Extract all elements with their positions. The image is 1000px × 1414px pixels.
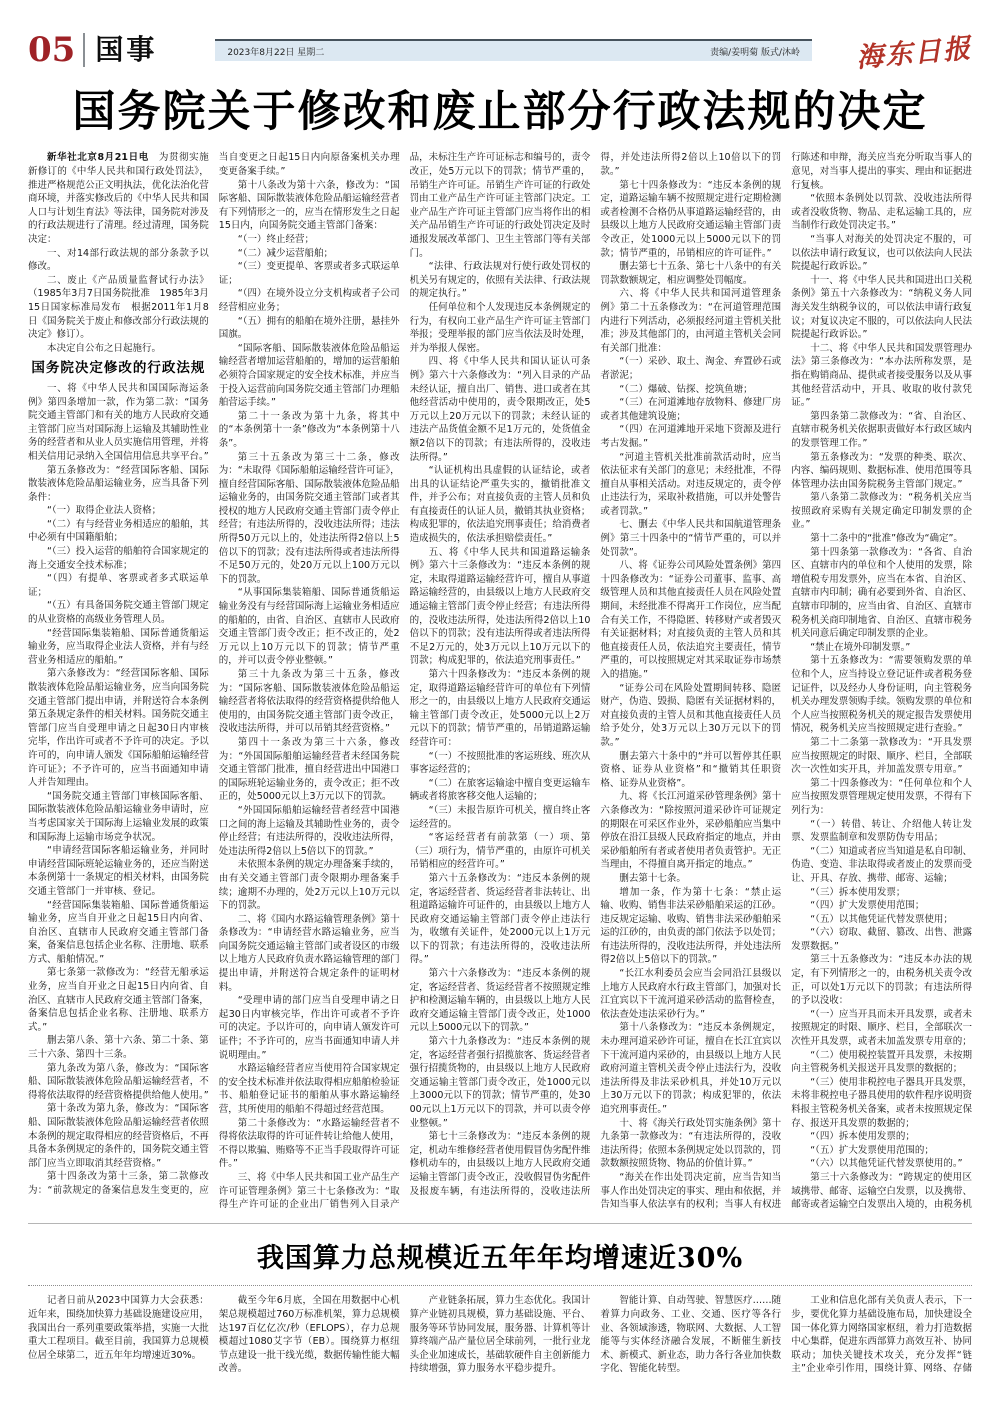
paragraph: 删去第七十五条、第七十八条中的有关罚款数额规定，相应调整处罚幅度。: [600, 260, 781, 287]
dotted-divider-line: [28, 1285, 972, 1286]
paragraph: “经营国际集装箱船、国际普通货船运输业务，应当取得企业法人资格，并有与经营业务相…: [28, 627, 209, 668]
paragraph: “禁止在境外印制发票。”: [791, 641, 972, 655]
paragraph: “法律、行政法规对行使行政处罚权的机关另有规定的，依照有关法律、行政法规的规定执…: [410, 260, 591, 301]
paragraph: 本决定自公布之日起施行。: [28, 342, 209, 356]
paragraph: 第四十一条改为第三十六条，修改为：“外国国际船舶运输经营者未经国务院交通主管部门…: [219, 736, 400, 804]
paragraph: 九、将《长江河道采砂管理条例》第十六条修改为：“除按照河道采砂许可证规定的期限在…: [600, 790, 781, 872]
paragraph: 第十八条改为第十六条，修改为：“国际客船、国际散装液体危险品船运输经营者有下列情…: [219, 179, 400, 233]
paragraph: 第七十四条修改为：“违反本条例的规定，道路运输车辆不按照规定进行定期检测或者检测…: [600, 179, 781, 261]
paragraph: “申请经营国际客船运输业务，并同时申请经营国际班轮运输业务的，还应当附送本条例第…: [28, 844, 209, 898]
paragraph: 一、对14部行政法规的部分条款予以修改。: [28, 247, 209, 274]
paragraph: 六、将《中华人民共和国河道管理条例》第二十五条修改为：“在河道管理范围内进行下列…: [600, 287, 781, 355]
paragraph: “当事人对海关的处罚决定不服的，可以依法申请行政复议，也可以依法向人民法院提起行…: [791, 233, 972, 274]
paragraph: “（四）有提单、客票或者多式联运单证；: [28, 572, 209, 599]
paragraph: 七、删去《中华人民共和国航道管理条例》第三十四条中的“情节严重的，可以并处罚款”…: [600, 518, 781, 559]
paragraph: 四、将《中华人民共和国认证认可条例》第六十六条修改为：“列入目录的产品未经认证，…: [410, 355, 591, 464]
newspaper-page: 05 国事 2023年8月22日 星期二 责编/姜明菊 版式/沐岭 海东日报 国…: [0, 0, 1000, 1414]
paragraph: “（一）转借、转让、介绍他人转让发票、发票监制章和发票防伪专用品；: [791, 818, 972, 845]
paragraph: 第二十四条修改为：“任何单位和个人应当按照发票管理规定使用发票，不得有下列行为：: [791, 777, 972, 818]
paragraph: 第二十二条第一款修改为：“开具发票应当按照规定的时限、顺序、栏目，全部联次一次性…: [791, 736, 972, 777]
paragraph: 一、将《中华人民共和国国际海运条例》第四条增加一款，作为第二款：“国务院交通主管…: [28, 382, 209, 464]
paragraph: 工业和信息化部有关负责人表示，下一步，要优化算力基础设施布局，加快建设全国一体化…: [791, 1294, 972, 1380]
paragraph: 第二十一条改为第十九条，将其中的“本条例第十一条”修改为“本条例第十八条”。: [219, 410, 400, 451]
paragraph: 第七条第一款修改为：“经营无船承运业务，应当自开业之日起15日内向省、自治区、直…: [28, 966, 209, 1034]
paragraph: “从事国际集装箱船、国际普通货船运输业务没有与经营国际海上运输业务相适应的船舶的…: [219, 586, 400, 668]
paragraph: “（四）在河道滩地开采地下资源及进行考古发掘。”: [600, 423, 781, 450]
paragraph: “（三）变更提单、客票或者多式联运单证；: [219, 260, 400, 287]
paragraph: 十二、将《中华人民共和国发票管理办法》第三条修改为：“本办法所称发票，是指在购销…: [791, 342, 972, 410]
paragraph: 第六十九条修改为：“违反本条例的规定，客运经营者强行招揽旅客、货运经营者强行招揽…: [410, 1035, 591, 1130]
main-article-body: 新华社北京8月21日电 为贯彻实施新修订的《中华人民共和国行政处罚法》，推进严格…: [28, 151, 972, 1215]
paragraph: 第十二条中的“批准”修改为“确定”。: [791, 532, 972, 546]
paragraph: “依照本条例处以罚款、没收违法所得或者没收货物、物品、走私运输工具的，应当制作行…: [791, 192, 972, 233]
paragraph: 第六十五条修改为：“违反本条例的规定，客运经营者、货运经营者非法转让、出租道路运…: [410, 872, 591, 967]
paragraph: “外国国际船舶运输经营者经营中国港口之间的海上运输及其辅助性业务的，责令停止经营…: [219, 804, 400, 858]
page-header: 05 国事 2023年8月22日 星期二 责编/姜明菊 版式/沐岭 海东日报: [28, 28, 972, 72]
paragraph: “（六）以其他凭证代替发票使用的。”: [791, 1157, 972, 1171]
paragraph: 增加一条，作为第十七条：“禁止运输、收购、销售非法采砂船舶采运的江砂。违反规定运…: [600, 886, 781, 968]
paragraph: 第十四条第一款修改为：“各省、自治区、直辖市内的单位和个人使用的发票，除增值税专…: [791, 546, 972, 641]
paragraph: “（三）未报告原许可机关，擅自终止客运经营的。: [410, 804, 591, 831]
paragraph: 十一、将《中华人民共和国进出口关税条例》第五十六条修改为：“纳税义务人同海关发生…: [791, 274, 972, 342]
paragraph: 第十八条修改为：“违反本条例规定，未办理河道采砂许可证，擅自在长江宜宾以下干流河…: [600, 1021, 781, 1116]
paragraph: “（二）在旅客运输途中擅自变更运输车辆或者将旅客移交他人运输的；: [410, 777, 591, 804]
paragraph: 五、将《中华人民共和国道路运输条例》第六十三条修改为：“违反本条例的规定，未取得…: [410, 546, 591, 668]
paragraph: 第五条修改为：“经营国际客船、国际散装液体危险品船运输业务，应当具备下列条件：: [28, 464, 209, 505]
paragraph: 记者日前从2023中国算力大会获悉：近年来，围绕加快算力基础设施建设应用，我国出…: [28, 1294, 209, 1362]
paragraph: 第六十六条修改为：“违反本条例的规定，客运经营者、货运经营者不按照规定维护和检测…: [410, 967, 591, 1035]
paragraph: 二、废止《产品质量监督试行办法》（1985年3月7日国务院批准 1985年3月1…: [28, 274, 209, 342]
paragraph: 第六十四条修改为：“违反本条例的规定，取得道路运输经营许可的单位有下列情形之一的…: [410, 668, 591, 750]
header-divider: [83, 33, 85, 67]
paragraph: 产业链条拓展，算力生态优化。我国计算产业链初具规模，算力基础设施、平台、服务等环…: [410, 1294, 591, 1376]
paragraph: 第三十五条改为第三十二条，修改为：“未取得《国际船舶运输经营许可证》，擅自经营国…: [219, 451, 400, 587]
paragraph: “（二）使用税控装置开具发票，未按期向主管税务机关报送开具发票的数据的；: [791, 1049, 972, 1076]
paragraph: “（五）拥有的船舶在境外注册，悬挂外国旗。: [219, 315, 400, 342]
masthead-logo: 海东日报: [855, 26, 974, 75]
editors-text: 责编/姜明菊 版式/沐岭: [710, 45, 800, 58]
paragraph: “认证机构出具虚假的认证结论，或者出具的认证结论严重失实的，撤销批准文件，并予公…: [410, 464, 591, 546]
paragraph: 第五条修改为：“发票的种类、联次、内容、编码规则、数据标准、使用范围等具体管理办…: [791, 451, 972, 492]
paragraph: 未依照本条例的规定办理备案手续的，由有关交通主管部门责令限期办理备案手续；逾期不…: [219, 858, 400, 912]
paragraph: “（一）采砂、取土、淘金、弃置砂石或者淤泥；: [600, 355, 781, 382]
paragraph: “（三）拆本使用发票；: [791, 886, 972, 900]
paragraph: 第三十九条改为第三十五条，修改为：“国际客船、国际散装液体危险品船运输经营者将依…: [219, 668, 400, 736]
paragraph: “（五）有具备国务院交通主管部门规定的从业资格的高级业务管理人员。: [28, 599, 209, 626]
paragraph: 八、将《证券公司风险处置条例》第四十四条修改为：“证券公司董事、监事、高级管理人…: [600, 559, 781, 681]
paragraph: 十、将《海关行政处罚实施条例》第十九条第一款修改为：“有违法所得的，没收违法所得…: [600, 1117, 781, 1171]
paragraph: “（一）不按照批准的客运班线、班次从事客运经营的；: [410, 750, 591, 777]
dateline: 新华社北京8月21日电: [47, 152, 149, 163]
paragraph: 智能计算、自动驾驶、智慧医疗……随着算力向政务、工业、交通、医疗等各行业、各领域…: [600, 1294, 781, 1376]
paragraph: 删去第六十条中的“并可以暂停其任职资格、证券从业资格”和“撤销其任职资格、证券从…: [600, 750, 781, 791]
paragraph: 第六条修改为：“经营国际客船、国际散装液体危险品船运输业务，应当向国务院交通主管…: [28, 667, 209, 789]
lead-text: 为贯彻实施新修订的《中华人民共和国行政处罚法》，推进严格规范公正文明执法，优化法…: [28, 152, 209, 245]
main-headline: 国务院关于修改和废止部分行政法规的决定: [28, 88, 972, 137]
paragraph: “（二）减少运营船舶；: [219, 247, 400, 261]
paragraph: “（二）爆破、钻探、挖筑鱼塘；: [600, 383, 781, 397]
paragraph: “证券公司在风险处置期间转移、隐匿财产，伪造、毁损、隐匿有关证据材料的，对直接负…: [600, 682, 781, 750]
paragraph: “长江水利委员会应当会同沿江县级以上地方人民政府水行政主管部门，加强对长江宜宾以…: [600, 967, 781, 1021]
paragraph: 第十五条修改为：“需要领购发票的单位和个人，应当持设立登记证件或者税务登记证件，…: [791, 654, 972, 736]
second-article-headline: 我国算力总规模近五年年均增速近30%: [28, 1236, 972, 1275]
paragraph: 截至今年6月底，全国在用数据中心机架总规模超过760万标准机架，算力总规模达19…: [219, 1294, 400, 1376]
paragraph: “河道主管机关批准前款活动时，应当依法征求有关部门的意见；未经批准，不得擅自从事…: [600, 451, 781, 519]
paragraph: “（二）有与经营业务相适应的船舶，其中必须有中国籍船舶；: [28, 518, 209, 545]
paragraph: 水路运输经营者应当使用符合国家规定的安全技术标准并依法取得相应船舶检验证书、船舶…: [219, 1062, 400, 1116]
paragraph: 第二十条修改为：“水路运输经营者不得将依法取得的许可证件转让给他人使用，不得以欺…: [219, 1117, 400, 1171]
paragraph: “受理申请的部门应当自受理申请之日起30日内审核完毕，作出许可或者不予许可的决定…: [219, 994, 400, 1062]
paragraph: “经营国际集装箱船、国际普通货船运输业务，应当自开业之日起15日内向省、自治区、…: [28, 899, 209, 967]
paragraph: “（四）拆本使用发票的；: [791, 1130, 972, 1144]
page-number: 05: [28, 33, 75, 67]
second-article-body: 记者日前从2023中国算力大会获悉：近年来，围绕加快算力基础设施建设应用，我国出…: [28, 1294, 972, 1380]
paragraph: “国务院交通主管部门审核国际客船、国际散装液体危险品船运输业务申请时，应当考虑国…: [28, 790, 209, 844]
paragraph: “（五）以其他凭证代替发票使用；: [791, 913, 972, 927]
section-divider-line: [28, 1223, 972, 1224]
paragraph: 第三十五条修改为：“违反本办法的规定，有下列情形之一的，由税务机关责令改正，可以…: [791, 953, 972, 1007]
intro-paragraphs: 一、对14部行政法规的部分条款予以修改。二、废止《产品质量监督试行办法》（198…: [28, 247, 209, 356]
paragraph: “（三）在河道滩地存放物料、修建厂房或者其他建筑设施；: [600, 396, 781, 423]
paragraph: “（三）投入运营的船舶符合国家规定的海上交通安全技术标准；: [28, 545, 209, 572]
date-bar: 2023年8月22日 星期二 责编/姜明菊 版式/沐岭: [215, 39, 812, 61]
paragraph: “国际客船、国际散装液体危险品船运输经营者增加运营船舶的，增加的运营船舶必须符合…: [219, 342, 400, 410]
paragraph: “（四）扩大发票使用范围；: [791, 899, 972, 913]
date-text: 2023年8月22日 星期二: [227, 45, 324, 58]
paragraph: “客运经营者有前款第（一）项、第（三）项行为，情节严重的，由原许可机关吊销相应的…: [410, 831, 591, 872]
paragraph: “（五）扩大发票使用范围的；: [791, 1144, 972, 1158]
paragraph: 第九条改为第八条，修改为：“国际客船、国际散装液体危险品船运输经营者，不得将依法…: [28, 1062, 209, 1103]
paragraph: 任何单位和个人发现违反本条例规定的行为，有权向工业产品生产许可证主管部门举报；受…: [410, 301, 591, 355]
paragraph: “（六）窃取、截留、篡改、出售、泄露发票数据。”: [791, 926, 972, 953]
paragraph: “（一）取得企业法人资格；: [28, 504, 209, 518]
paragraph: 第八条第二款修改为：“税务机关应当按照政府采购有关规定确定印制发票的企业。”: [791, 491, 972, 532]
paragraph: 删去第八条、第十六条、第二十条、第三十六条、第四十三条。: [28, 1034, 209, 1061]
lead-paragraph: 新华社北京8月21日电 为贯彻实施新修订的《中华人民共和国行政处罚法》，推进严格…: [28, 151, 209, 246]
paragraph: “（二）知道或者应当知道是私自印制、伪造、变造、非法取得或者废止的发票而受让、开…: [791, 845, 972, 886]
paragraph: “（一）终止经营；: [219, 233, 400, 247]
paragraph: 第十条改为第九条，修改为：“国际客船、国际散装液体危险品船运输经营者依照本条例的…: [28, 1102, 209, 1170]
article-subhead: 国务院决定修改的行政法规: [28, 362, 209, 376]
paragraph: “（一）应当开具而未开具发票，或者未按照规定的时限、顺序、栏目，全部联次一次性开…: [791, 1008, 972, 1049]
paragraph: 删去第十七条。: [600, 872, 781, 886]
paragraph: 第四条第二款修改为：“省、自治区、直辖市税务机关依据职责做好本行政区域内的发票管…: [791, 410, 972, 451]
paragraph: “（四）在境外设立分支机构或者子公司经营相应业务；: [219, 287, 400, 314]
paragraph: “（三）使用非税控电子器具开具发票，未将非税控电子器具使用的软件程序说明资料报主…: [791, 1076, 972, 1130]
paragraph: 二、将《国内水路运输管理条例》第十条修改为：“申请经营水路运输业务，应当向国务院…: [219, 913, 400, 995]
section-title: 国事: [95, 36, 157, 64]
